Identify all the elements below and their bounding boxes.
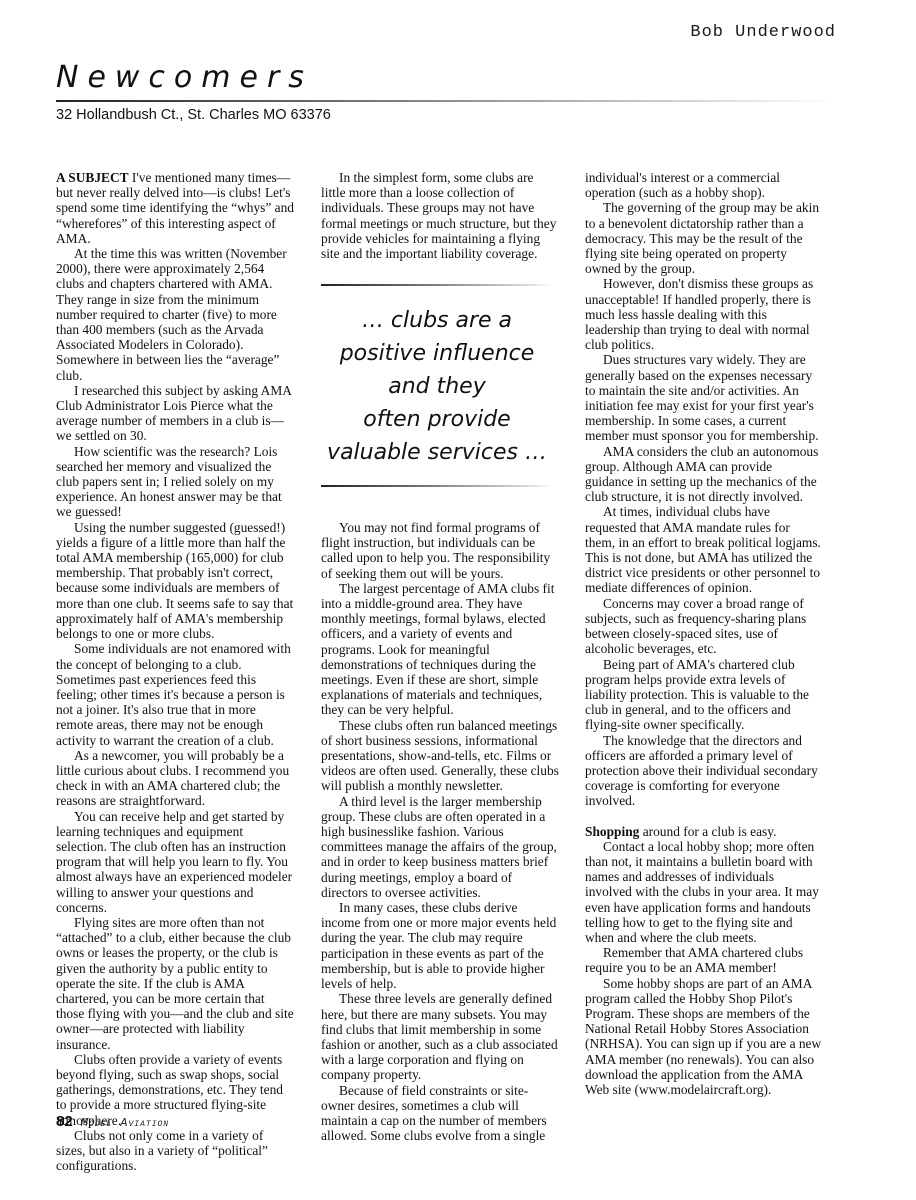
paragraph: How scientific was the research? Lois se…: [56, 444, 294, 520]
paragraph: Some individuals are not enamored with t…: [56, 641, 294, 747]
paragraph: You may not find formal programs of flig…: [321, 520, 559, 581]
page-number: 82: [56, 1113, 73, 1130]
pull-quote-bottom-rule: [321, 485, 553, 487]
paragraph: These three levels are generally defined…: [321, 991, 559, 1082]
author-address: 32 Hollandbush Ct., St. Charles MO 63376: [56, 107, 331, 123]
pull-quote: … clubs are a positive influence and the…: [321, 284, 553, 487]
paragraph: As a newcomer, you will probably be a li…: [56, 748, 294, 809]
header-rule: [56, 100, 836, 102]
lead-paragraph: A SUBJECT I've mentioned many times—but …: [56, 170, 294, 246]
paragraph: Contact a local hobby shop; more often t…: [585, 839, 823, 945]
paragraph: At times, individual clubs have requeste…: [585, 504, 823, 595]
paragraph: The largest percentage of AMA clubs fit …: [321, 581, 559, 718]
paragraph: Some hobby shops are part of an AMA prog…: [585, 976, 823, 1098]
paragraph: Being part of AMA's chartered club progr…: [585, 657, 823, 733]
paragraph: I researched this subject by asking AMA …: [56, 383, 294, 444]
article-column-2-bottom: You may not find formal programs of flig…: [321, 520, 559, 1143]
paragraph: The knowledge that the directors and off…: [585, 733, 823, 809]
lead-in: A SUBJECT: [56, 170, 129, 185]
paragraph-continuation: individual's interest or a commercial op…: [585, 170, 823, 200]
paragraph: Dues structures vary widely. They are ge…: [585, 352, 823, 443]
magazine-name: Model Aviation: [81, 1116, 169, 1130]
paragraph: These clubs often run balanced meetings …: [321, 718, 559, 794]
paragraph: You can receive help and get started by …: [56, 809, 294, 915]
paragraph: However, don't dismiss these groups as u…: [585, 276, 823, 352]
paragraph: AMA considers the club an autonomous gro…: [585, 444, 823, 505]
article-column-1: A SUBJECT I've mentioned many times—but …: [56, 170, 294, 1173]
paragraph: Because of field constraints or site-own…: [321, 1083, 559, 1144]
paragraph: A third level is the larger membership g…: [321, 794, 559, 900]
column-title: Newcomers: [56, 60, 313, 95]
author-byline: Bob Underwood: [690, 23, 836, 42]
paragraph: Using the number suggested (guessed!) yi…: [56, 520, 294, 642]
paragraph: Flying sites are more often than not “at…: [56, 915, 294, 1052]
article-column-2-top: In the simplest form, some clubs are lit…: [321, 170, 559, 261]
paragraph: In many cases, these clubs derive income…: [321, 900, 559, 991]
paragraph: Clubs not only come in a variety of size…: [56, 1128, 294, 1174]
paragraph: At the time this was written (November 2…: [56, 246, 294, 383]
article-column-3: individual's interest or a commercial op…: [585, 170, 823, 1097]
page-footer: 82 Model Aviation: [56, 1113, 169, 1130]
paragraph: In the simplest form, some clubs are lit…: [321, 170, 559, 261]
paragraph: The governing of the group may be akin t…: [585, 200, 823, 276]
paragraph: Remember that AMA chartered clubs requir…: [585, 945, 823, 975]
paragraph: Concerns may cover a broad range of subj…: [585, 596, 823, 657]
section-lead-in: Shopping: [585, 824, 639, 839]
section-lead-paragraph: Shopping around for a club is easy.: [585, 824, 823, 839]
pull-quote-text: … clubs are a positive influence and the…: [321, 286, 553, 485]
